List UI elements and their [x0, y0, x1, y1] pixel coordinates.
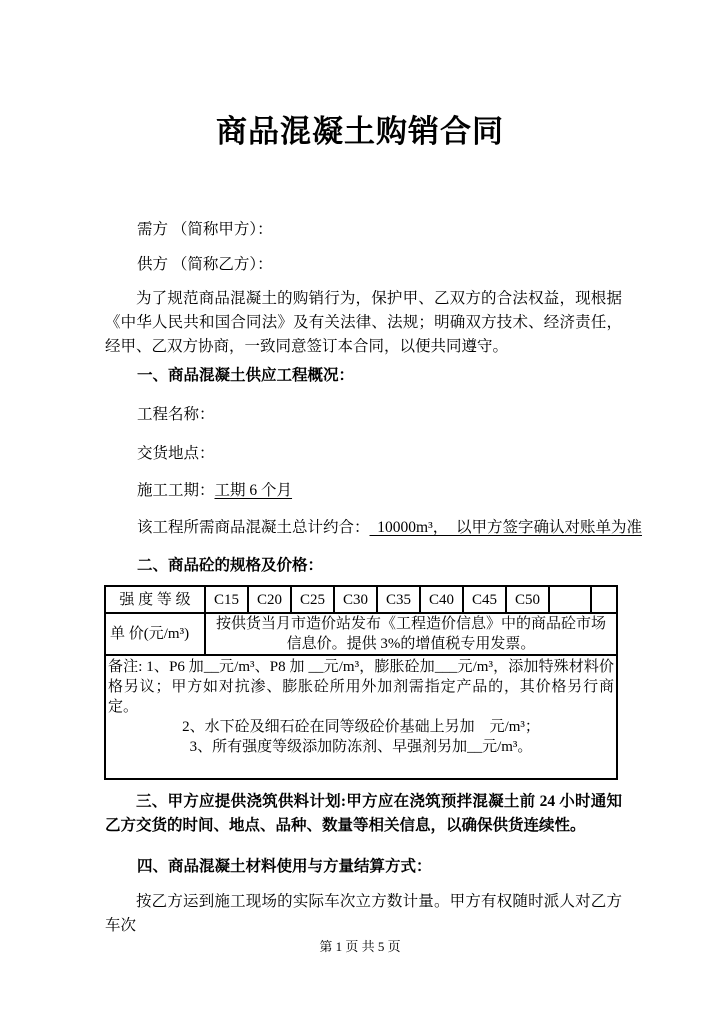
delivery-place-line: 交货地点： — [137, 442, 215, 466]
grade-cell-c45: C45 — [463, 586, 506, 613]
construction-period-label: 施工工期： — [137, 482, 215, 499]
grade-row: 强 度 等 级 C15 C20 C25 C30 C35 C40 C45 C50 — [105, 586, 617, 613]
section2-heading: 二、商品砼的规格及价格： — [137, 554, 323, 578]
grade-cell-c30: C30 — [334, 586, 377, 613]
construction-period-value: 工期 6 个月 — [215, 482, 293, 499]
unit-price-row-value: 按供货当月市造价站发布《工程造价信息》中的商品砼市场信息价。提供 3%的增值税专… — [205, 613, 617, 655]
grade-cell-c35: C35 — [377, 586, 420, 613]
supplier-line: 供方 （简称乙方）： — [137, 253, 273, 277]
total-quantity-line: 该工程所需商品混凝土总计约合： 10000m³， 以甲方签字确认对账单为准 — [137, 516, 642, 540]
grade-cell-c25: C25 — [291, 586, 334, 613]
section1-heading: 一、商品混凝土供应工程概况： — [137, 364, 354, 388]
page-number-footer: 第 1 页 共 5 页 — [0, 938, 720, 956]
grade-row-label: 强 度 等 级 — [105, 586, 205, 613]
document-title: 商品混凝土购销合同 — [0, 112, 720, 152]
remarks-cell: 备注: 1、P6 加__元/m³、P8 加 __元/m³，膨胀砼加___元/m³… — [105, 655, 617, 779]
contract-page: 商品混凝土购销合同 需方 （简称甲方）： 供方 （简称乙方）： 为了规范商品混凝… — [0, 0, 720, 1017]
remarks-row: 备注: 1、P6 加__元/m³、P8 加 __元/m³，膨胀砼加___元/m³… — [105, 655, 617, 779]
price-spec-table: 强 度 等 级 C15 C20 C25 C30 C35 C40 C45 C50 … — [104, 585, 618, 780]
section3-paragraph: 三、甲方应提供浇筑供料计划:甲方应在浇筑预拌混凝土前 24 小时通知乙方交货的时… — [105, 790, 622, 838]
buyer-line: 需方 （简称甲方）： — [137, 218, 273, 242]
section4-heading: 四、商品混凝土材料使用与方量结算方式： — [137, 855, 432, 879]
grade-cell-c20: C20 — [248, 586, 291, 613]
preamble-paragraph: 为了规范商品混凝土的购销行为，保护甲、乙双方的合法权益，现根据《中华人民共和国合… — [105, 287, 622, 359]
grade-cell-empty-1 — [549, 586, 591, 613]
grade-cell-empty-2 — [591, 586, 617, 613]
remark-line-2: 2、水下砼及细石砼在同等级砼价基础上另加 元/m³； — [108, 717, 614, 737]
grade-cell-c50: C50 — [506, 586, 549, 613]
grade-cell-c40: C40 — [420, 586, 463, 613]
remark-line-1: 备注: 1、P6 加__元/m³、P8 加 __元/m³，膨胀砼加___元/m³… — [108, 657, 614, 717]
construction-period-line: 施工工期：工期 6 个月 — [137, 479, 292, 503]
grade-cell-c15: C15 — [205, 586, 248, 613]
unit-price-row-label: 单 价(元/m³) — [105, 613, 205, 655]
total-quantity-label: 该工程所需商品混凝土总计约合： — [137, 519, 370, 536]
section4-body: 按乙方运到施工现场的实际车次立方数计量。甲方有权随时派人对乙方车次 — [105, 890, 622, 938]
unit-price-row: 单 价(元/m³) 按供货当月市造价站发布《工程造价信息》中的商品砼市场信息价。… — [105, 613, 617, 655]
remark-line-3: 3、所有强度等级添加防冻剂、早强剂另加__元/m³。 — [108, 737, 614, 757]
project-name-line: 工程名称： — [137, 403, 215, 427]
total-quantity-value: 10000m³， 以甲方签字确认对账单为准 — [370, 519, 642, 536]
